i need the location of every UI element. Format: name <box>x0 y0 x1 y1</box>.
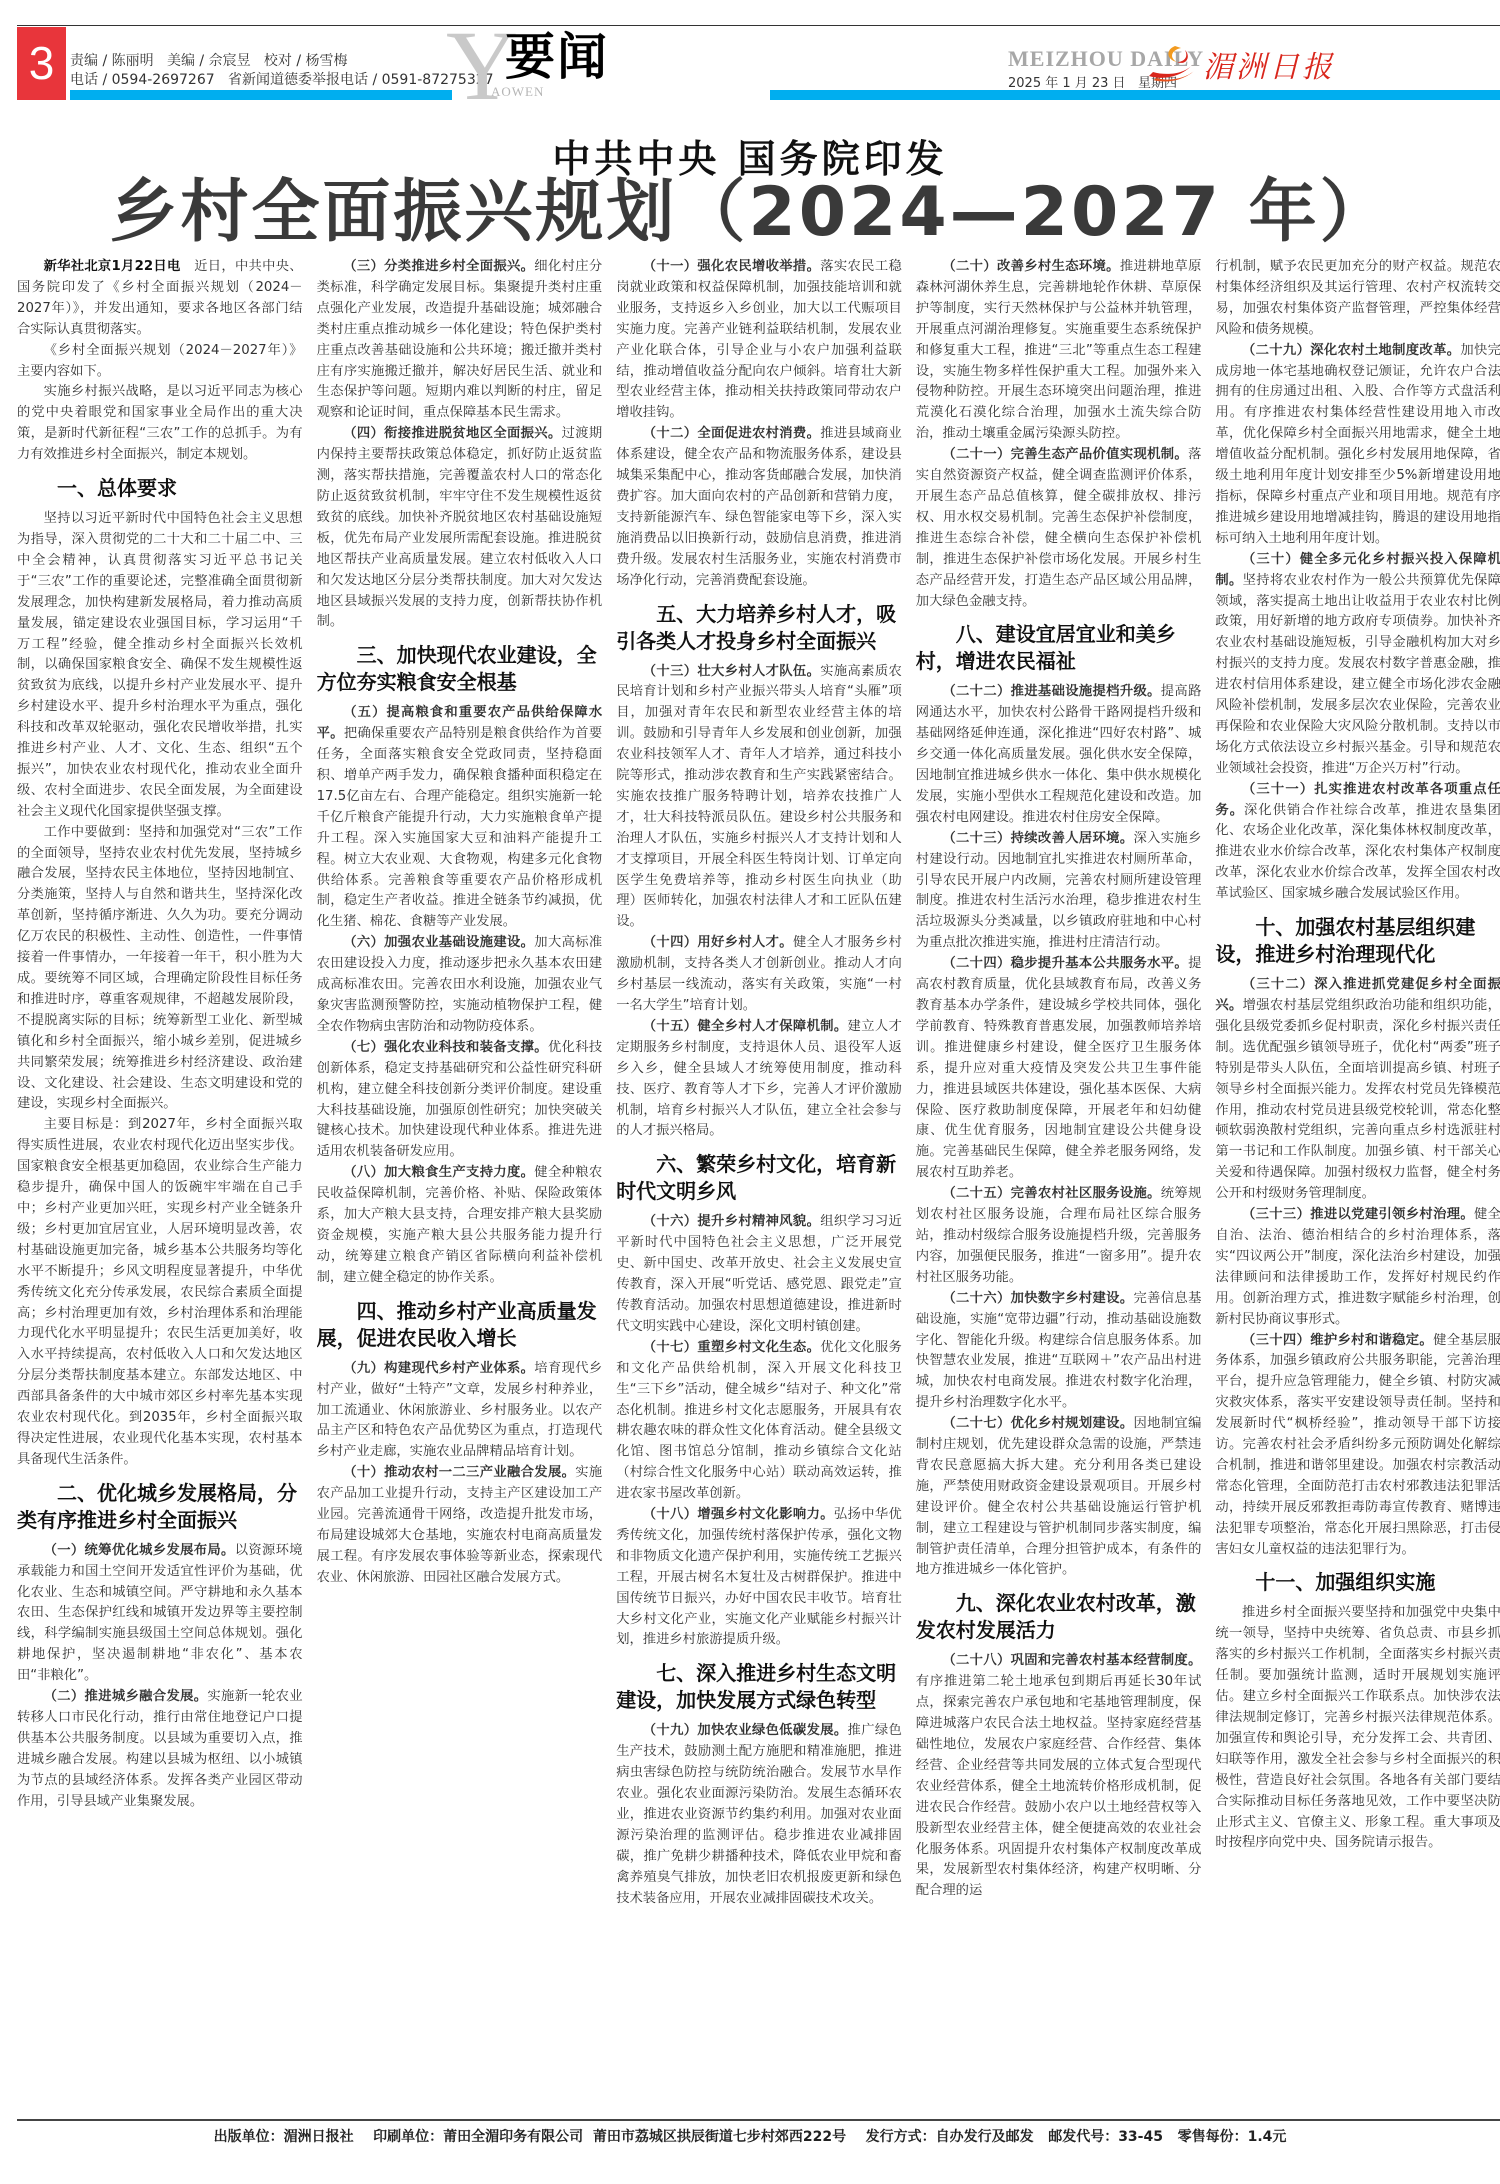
paragraph-text: 落实自然资源资产权益，健全调查监测评价体系，开展生态产品总值核算，健全碳排放权、… <box>916 447 1202 608</box>
subsection-title: （二十二）推进基础设施提档升级。 <box>942 684 1160 699</box>
paragraph: （三十三）推进以党建引领乡村治理。健全自治、法治、德治相结合的乡村治理体系，落实… <box>1215 1205 1500 1330</box>
paragraph: 实施乡村振兴战略，是以习近平同志为核心的党中央着眼党和国家事业全局作出的重大决策… <box>17 382 303 466</box>
subsection-title: （十二）全面促进农村消费。 <box>643 426 820 441</box>
article-body: 新华社北京1月22日电 近日，中共中央、国务院印发了《乡村全面振兴规划（2024… <box>17 257 1500 2097</box>
paper-name-chinese: 湄洲日报 <box>1203 42 1335 86</box>
section-heading: 四、推动乡村产业高质量发展，促进农民收入增长 <box>317 1298 603 1352</box>
paragraph-text: 把确保重要农产品特别是粮食供给作为首要任务，全面落实粮食安全党政同责，坚持稳面积… <box>317 726 603 929</box>
subsection-title: （三十四）维护乡村和谐稳定。 <box>1242 1333 1433 1348</box>
subsection-title: （二十九）深化农村土地制度改革。 <box>1242 343 1460 358</box>
section-heading: 九、深化农业农村改革，激发农村发展活力 <box>916 1590 1202 1644</box>
paragraph: （五）提高粮食和重要农产品供给保障水平。把确保重要农产品特别是粮食供给作为首要任… <box>317 703 603 933</box>
paragraph: （三十）健全多元化乡村振兴投入保障机制。坚持将农业农村作为一般公共预算优先保障领… <box>1215 550 1500 780</box>
paragraph-text: 推进乡村全面振兴要坚持和加强党中央集中统一领导，坚持中央统筹、省负总责、市县乡抓… <box>1215 1605 1500 1850</box>
paragraph: （十六）提升乡村精神风貌。组织学习习近平新时代中国特色社会主义思想，广泛开展党史… <box>616 1212 902 1337</box>
paragraph: （二十一）完善生态产品价值实现机制。落实自然资源资产权益，健全调查监测评价体系，… <box>916 445 1202 612</box>
paragraph-text: 工作中要做到：坚持和加强党对“三农”工作的全面领导，坚持农业农村优先发展，坚持城… <box>17 825 303 1112</box>
subsection-title: （八）加大粮食生产支持力度。 <box>343 1165 534 1180</box>
paragraph: （二十三）持续改善人居环境。深入实施乡村建设行动。因地制宜扎实推进农村厕所革命，… <box>916 829 1202 954</box>
subsection-title: （三十三）推进以党建引领乡村治理。 <box>1242 1207 1474 1222</box>
subsection-title: （十七）重塑乡村文化生态。 <box>643 1340 820 1355</box>
paragraph: 推进乡村全面振兴要坚持和加强党中央集中统一领导，坚持中央统筹、省负总责、市县乡抓… <box>1215 1603 1500 1854</box>
subsection-title: （十一）强化农民增收举措。 <box>643 259 820 274</box>
section-heading: 七、深入推进乡村生态文明建设，加快发展方式绿色转型 <box>616 1660 902 1714</box>
bottom-rule <box>17 2119 1500 2121</box>
section-heading: 一、总体要求 <box>17 475 303 502</box>
text-column-3: （十一）强化农民增收举措。落实农民工稳岗就业政策和权益保障机制，加强技能培训和就… <box>616 257 902 2097</box>
paragraph: （三十一）扎实推进农村改革各项重点任务。深化供销合作社综合改革，推进农垦集团化、… <box>1215 780 1500 905</box>
paragraph: （十八）增强乡村文化影响力。弘扬中华优秀传统文化，加强传统村落保护传承，强化文物… <box>616 1505 902 1651</box>
paragraph-text: 实施农产品加工业提升行动，支持主产区建设加工产业园。完善流通骨干网络，改造提升批… <box>317 1465 603 1585</box>
paragraph: 《乡村全面振兴规划（2024－2027年）》主要内容如下。 <box>17 341 303 383</box>
editor-credits: 责编 / 陈丽明 美编 / 佘宸昱 校对 / 杨雪梅电话 / 0594-2697… <box>70 52 494 90</box>
paragraph: 工作中要做到：坚持和加强党对“三农”工作的全面领导，坚持农业农村优先发展，坚持城… <box>17 823 303 1116</box>
paragraph-text: 行机制，赋予农民更加充分的财产权益。规范农村集体经济组织及其运行管理、农村产权流… <box>1215 259 1500 337</box>
subsection-title: （十四）用好乡村人才。 <box>643 935 793 950</box>
paragraph-text: 增强农村基层党组织政治功能和组织功能，强化县级党委抓乡促村职责，深化乡村振兴责任… <box>1215 998 1500 1201</box>
paragraph-text: 因地制宜编制村庄规划，优先建设群众急需的设施，严禁违背农民意愿搞大拆大建。充分利… <box>916 1416 1202 1577</box>
paragraph: （八）加大粮食生产支持力度。健全种粮农民收益保障机制，完善价格、补贴、保险政策体… <box>317 1163 603 1288</box>
paragraph: （三）分类推进乡村全面振兴。细化村庄分类标准，科学确定发展目标。集聚提升类村庄重… <box>317 257 603 424</box>
subsection-title: （三）分类推进乡村全面振兴。 <box>343 259 534 274</box>
paragraph: （一）统筹优化城乡发展布局。以资源环境承载能力和国土空间开发适宜性评价为基础，优… <box>17 1541 303 1687</box>
accent-bar-left <box>70 90 452 100</box>
section-heading: 五、大力培养乡村人才，吸引各类人才投身乡村全面振兴 <box>616 601 902 655</box>
paragraph-text: 优化文化服务和文化产品供给机制，深入开展文化科技卫生“三下乡”活动，健全城乡“结… <box>616 1340 902 1501</box>
paragraph-text: 以资源环境承载能力和国土空间开发适宜性评价为基础，优化农业、生态和城镇空间。严守… <box>17 1543 303 1683</box>
paragraph: （二十八）巩固和完善农村基本经营制度。有序推进第二轮土地承包到期后再延长30年试… <box>916 1651 1202 1902</box>
paragraph-text: 实施高素质农民培育计划和乡村产业振兴带头人培育“头雁”项目，加强对青年农民和新型… <box>616 664 902 930</box>
subsection-title: （二十六）加快数字乡村建设。 <box>942 1291 1133 1306</box>
section-name: 要闻 <box>505 28 609 86</box>
paragraph-text: 过渡期内保持主要帮扶政策总体稳定，抓好防止返贫监测，落实帮扶措施，完善覆盖农村人… <box>317 426 603 629</box>
paragraph: （十九）加快农业绿色低碳发展。推广绿色生产技术，鼓励测土配方施肥和精准施肥，推进… <box>616 1721 902 1909</box>
paragraph: （十七）重塑乡村文化生态。优化文化服务和文化产品供给机制，深入开展文化科技卫生“… <box>616 1338 902 1505</box>
paragraph-text: 提高农村教育质量，优化县域教育布局，改善义务教育基本办学条件，建设城乡学校共同体… <box>916 956 1202 1180</box>
paragraph-text: 坚持将农业农村作为一般公共预算优先保障领域，落实提高土地出让收益用于农业农村比例… <box>1215 573 1500 776</box>
section-heading: 二、优化城乡发展格局，分类有序推进乡村全面振兴 <box>17 1480 303 1534</box>
paragraph-text: 坚持以习近平新时代中国特色社会主义思想为指导，深入贯彻党的二十大和二十届二中、三… <box>17 511 303 819</box>
paragraph-text: 优化科技创新体系，稳定支持基础研究和公益性研究科研机构，建立健全科技创新分类评价… <box>317 1040 603 1160</box>
paragraph: （二）推进城乡融合发展。实施新一轮农业转移人口市民化行动，推行由常住地登记户口提… <box>17 1687 303 1812</box>
page-number: 3 <box>17 27 66 100</box>
section-heading: 十、加强农村基层组织建设，推进乡村治理现代化 <box>1215 914 1500 968</box>
section-heading: 八、建设宜居宜业和美乡村，增进农民福祉 <box>916 621 1202 675</box>
text-column-2: （三）分类推进乡村全面振兴。细化村庄分类标准，科学确定发展目标。集聚提升类村庄重… <box>317 257 603 2097</box>
paragraph: （九）构建现代乡村产业体系。培育现代乡村产业，做好“土特产”文章，发展乡村种养业… <box>317 1359 603 1464</box>
paragraph-text: 推进县域商业体系建设，健全农产品和物流服务体系，建设县城集采集配中心，推动客货邮… <box>616 426 902 587</box>
text-column-1: 新华社北京1月22日电 近日，中共中央、国务院印发了《乡村全面振兴规划（2024… <box>17 257 303 2097</box>
newspaper-logo: 湄洲日报 <box>1147 40 1497 88</box>
paragraph-text: 推广绿色生产技术，鼓励测土配方施肥和精准施肥，推进病虫害绿色防控与统防统治融合。… <box>616 1723 902 1905</box>
paragraph: 主要目标是：到2027年，乡村全面振兴取得实质性进展，农业农村现代化迈出坚实步伐… <box>17 1115 303 1470</box>
subsection-title: （九）构建现代乡村产业体系。 <box>343 1361 534 1376</box>
paragraph-text: 健全种粮农民收益保障机制，完善价格、补贴、保险政策体系，加大产粮大县支持，合理安… <box>317 1165 603 1285</box>
paragraph: （十三）壮大乡村人才队伍。实施高素质农民培育计划和乡村产业振兴带头人培育“头雁”… <box>616 662 902 934</box>
article-headline: 乡村全面振兴规划（2024—2027 年） <box>0 168 1500 258</box>
paragraph-text: 实施新一轮农业转移人口市民化行动，推行由常住地登记户口提供基本公共服务制度。以县… <box>17 1689 303 1809</box>
paragraph: （七）强化农业科技和装备支撑。优化科技创新体系，稳定支持基础研究和公益性研究科研… <box>317 1038 603 1163</box>
paragraph: （二十五）完善农村社区服务设施。统筹规划农村社区服务设施，合理布局社区综合服务站… <box>916 1184 1202 1289</box>
subsection-title: （十九）加快农业绿色低碳发展。 <box>643 1723 848 1738</box>
subsection-title: （十）推动农村一二三产业融合发展。 <box>343 1465 575 1480</box>
subsection-title: （十三）壮大乡村人才队伍。 <box>643 664 820 679</box>
paragraph-text: 弘扬中华优秀传统文化，加强传统村落保护传承，强化文物和非物质文化遗产保护利用，实… <box>616 1507 902 1647</box>
paragraph-text: 推进耕地草原森林河湖休养生息，完善耕地轮作休耕、草原保护等制度，实行天然林保护与… <box>916 259 1202 441</box>
paragraph: （三十二）深入推进抓党建促乡村全面振兴。增强农村基层党组织政治功能和组织功能，强… <box>1215 975 1500 1205</box>
paragraph: （三十四）维护乡村和谐稳定。健全基层服务体系，加强乡镇政府公共服务职能，完善治理… <box>1215 1331 1500 1561</box>
paragraph-text: 完善信息基础设施，实施“宽带边疆”行动，推动基础设施数字化、智能化升级。构建综合… <box>916 1291 1202 1411</box>
subsection-title: （六）加强农业基础设施建设。 <box>343 935 534 950</box>
paragraph: （十一）强化农民增收举措。落实农民工稳岗就业政策和权益保障机制，加强技能培训和就… <box>616 257 902 424</box>
paragraph-text: 《乡村全面振兴规划（2024－2027年）》主要内容如下。 <box>17 343 303 379</box>
subsection-title: （二十）改善乡村生态环境。 <box>942 259 1119 274</box>
subsection-title: （二十四）稳步提升基本公共服务水平。 <box>942 956 1188 971</box>
subsection-title: （二）推进城乡融合发展。 <box>44 1689 208 1704</box>
text-column-5: 行机制，赋予农民更加充分的财产权益。规范农村集体经济组织及其运行管理、农村产权流… <box>1215 257 1500 2097</box>
paragraph: 新华社北京1月22日电 近日，中共中央、国务院印发了《乡村全面振兴规划（2024… <box>17 257 303 341</box>
paragraph: （十二）全面促进农村消费。推进县域商业体系建设，健全农产品和物流服务体系，建设县… <box>616 424 902 591</box>
paragraph-text: 建立人才定期服务乡村制度，支持退休人员、退役军人返乡入乡，健全县域人才统筹使用制… <box>616 1019 902 1139</box>
paragraph: （六）加强农业基础设施建设。加大高标准农田建设投入力度，推动逐步把永久基本农田建… <box>317 933 603 1038</box>
wave-flame-icon <box>1147 44 1197 84</box>
paragraph-text: 细化村庄分类标准，科学确定发展目标。集聚提升类村庄重点强化产业发展，改造提升基础… <box>317 259 603 420</box>
column-pinyin: AOWEN <box>491 84 544 100</box>
credits-line-2: 电话 / 0594-2697267 省新闻道德委举报电话 / 0591-8727… <box>70 71 494 90</box>
paragraph-text: 加快完成房地一体宅基地确权登记颁证，允许农户合法拥有的住房通过出租、入股、合作等… <box>1215 343 1500 546</box>
subsection-title: （二十七）优化乡村规划建设。 <box>942 1416 1133 1431</box>
paragraph: （四）衔接推进脱贫地区全面振兴。过渡期内保持主要帮扶政策总体稳定，抓好防止返贫监… <box>317 424 603 633</box>
paragraph-text: 健全自治、法治、德治相结合的乡村治理体系，落实“四议两公开”制度，深化法治乡村建… <box>1215 1207 1500 1327</box>
paragraph: （二十七）优化乡村规划建设。因地制宜编制村庄规划，优先建设群众急需的设施，严禁违… <box>916 1414 1202 1581</box>
paragraph-text: 主要目标是：到2027年，乡村全面振兴取得实质性进展，农业农村现代化迈出坚实步伐… <box>17 1117 303 1467</box>
paragraph-text: 深入实施乡村建设行动。因地制宜扎实推进农村厕所革命，引导农民开展户内改厕，完善农… <box>916 831 1202 951</box>
subsection-title: （十六）提升乡村精神风貌。 <box>643 1214 820 1229</box>
paragraph: （二十六）加快数字乡村建设。完善信息基础设施，实施“宽带边疆”行动，推动基础设施… <box>916 1289 1202 1414</box>
accent-bar-right <box>770 90 1500 100</box>
paragraph: （十）推动农村一二三产业融合发展。实施农产品加工业提升行动，支持主产区建设加工产… <box>317 1463 603 1588</box>
subsection-title: （一）统筹优化城乡发展布局。 <box>44 1543 235 1558</box>
paragraph-text: 有序推进第二轮土地承包到期后再延长30年试点，探索完善农户承包地和宅基地管理制度… <box>916 1674 1202 1898</box>
credits-line-1: 责编 / 陈丽明 美编 / 佘宸昱 校对 / 杨雪梅 <box>70 52 494 71</box>
paragraph: 坚持以习近平新时代中国特色社会主义思想为指导，深入贯彻党的二十大和二十届二中、三… <box>17 509 303 823</box>
paragraph: （二十四）稳步提升基本公共服务水平。提高农村教育质量，优化县域教育布局，改善义务… <box>916 954 1202 1184</box>
subsection-title: （二十五）完善农村社区服务设施。 <box>942 1186 1160 1201</box>
paragraph: （二十）改善乡村生态环境。推进耕地草原森林河湖休养生息，完善耕地轮作休耕、草原保… <box>916 257 1202 445</box>
paragraph-text: 深化供销合作社综合改革，推进农垦集团化、农场企业化改革，深化集体林权制度改革，推… <box>1215 803 1500 902</box>
subsection-title: （二十一）完善生态产品价值实现机制。 <box>942 447 1188 462</box>
section-heading: 十一、加强组织实施 <box>1215 1569 1500 1596</box>
subsection-title: （七）强化农业科技和装备支撑。 <box>343 1040 548 1055</box>
subsection-title: （二十三）持续改善人居环境。 <box>942 831 1133 846</box>
paragraph: 行机制，赋予农民更加充分的财产权益。规范农村集体经济组织及其运行管理、农村产权流… <box>1215 257 1500 341</box>
text-column-4: （二十）改善乡村生态环境。推进耕地草原森林河湖休养生息，完善耕地轮作休耕、草原保… <box>916 257 1202 2097</box>
subsection-title: （十八）增强乡村文化影响力。 <box>643 1507 834 1522</box>
paragraph: （二十九）深化农村土地制度改革。加快完成房地一体宅基地确权登记颁证，允许农户合法… <box>1215 341 1500 550</box>
subsection-title: （二十八）巩固和完善农村基本经营制度。 <box>942 1653 1201 1668</box>
paragraph: （十五）健全乡村人才保障机制。建立人才定期服务乡村制度，支持退休人员、退役军人返… <box>616 1017 902 1142</box>
dateline: 新华社北京1月22日电 <box>44 259 181 274</box>
top-rule <box>17 25 1500 26</box>
subsection-title: （四）衔接推进脱贫地区全面振兴。 <box>343 426 561 441</box>
paragraph: （二十二）推进基础设施提档升级。提高路网通达水平，加快农村公路骨干路网提档升级和… <box>916 682 1202 828</box>
paragraph-text: 落实农民工稳岗就业政策和权益保障机制，加强技能培训和就业服务，支持返乡入乡创业，… <box>616 259 902 420</box>
paragraph-text: 组织学习习近平新时代中国特色社会主义思想，广泛开展党史、新中国史、改革开放史、社… <box>616 1214 902 1334</box>
paragraph: （十四）用好乡村人才。健全人才服务乡村激励机制，支持各类人才创新创业。推动人才向… <box>616 933 902 1017</box>
subsection-title: （十五）健全乡村人才保障机制。 <box>643 1019 848 1034</box>
section-heading: 三、加快现代农业建设，全方位夯实粮食安全根基 <box>317 642 603 696</box>
paragraph-text: 实施乡村振兴战略，是以习近平同志为核心的党中央着眼党和国家事业全局作出的重大决策… <box>17 384 303 462</box>
paragraph-text: 健全基层服务体系，加强乡镇政府公共服务职能，完善治理平台，提升应急管理能力，健全… <box>1215 1333 1500 1557</box>
publisher-imprint: 出版单位：湄洲日报社 印刷单位：莆田全湄印务有限公司 莆田市荔城区拱辰街道七步村… <box>0 2126 1500 2146</box>
section-heading: 六、繁荣乡村文化，培育新时代文明乡风 <box>616 1151 902 1205</box>
paragraph-text: 提高路网通达水平，加快农村公路骨干路网提档升级和基础网络延伸连通，深化推进“四好… <box>916 684 1202 824</box>
